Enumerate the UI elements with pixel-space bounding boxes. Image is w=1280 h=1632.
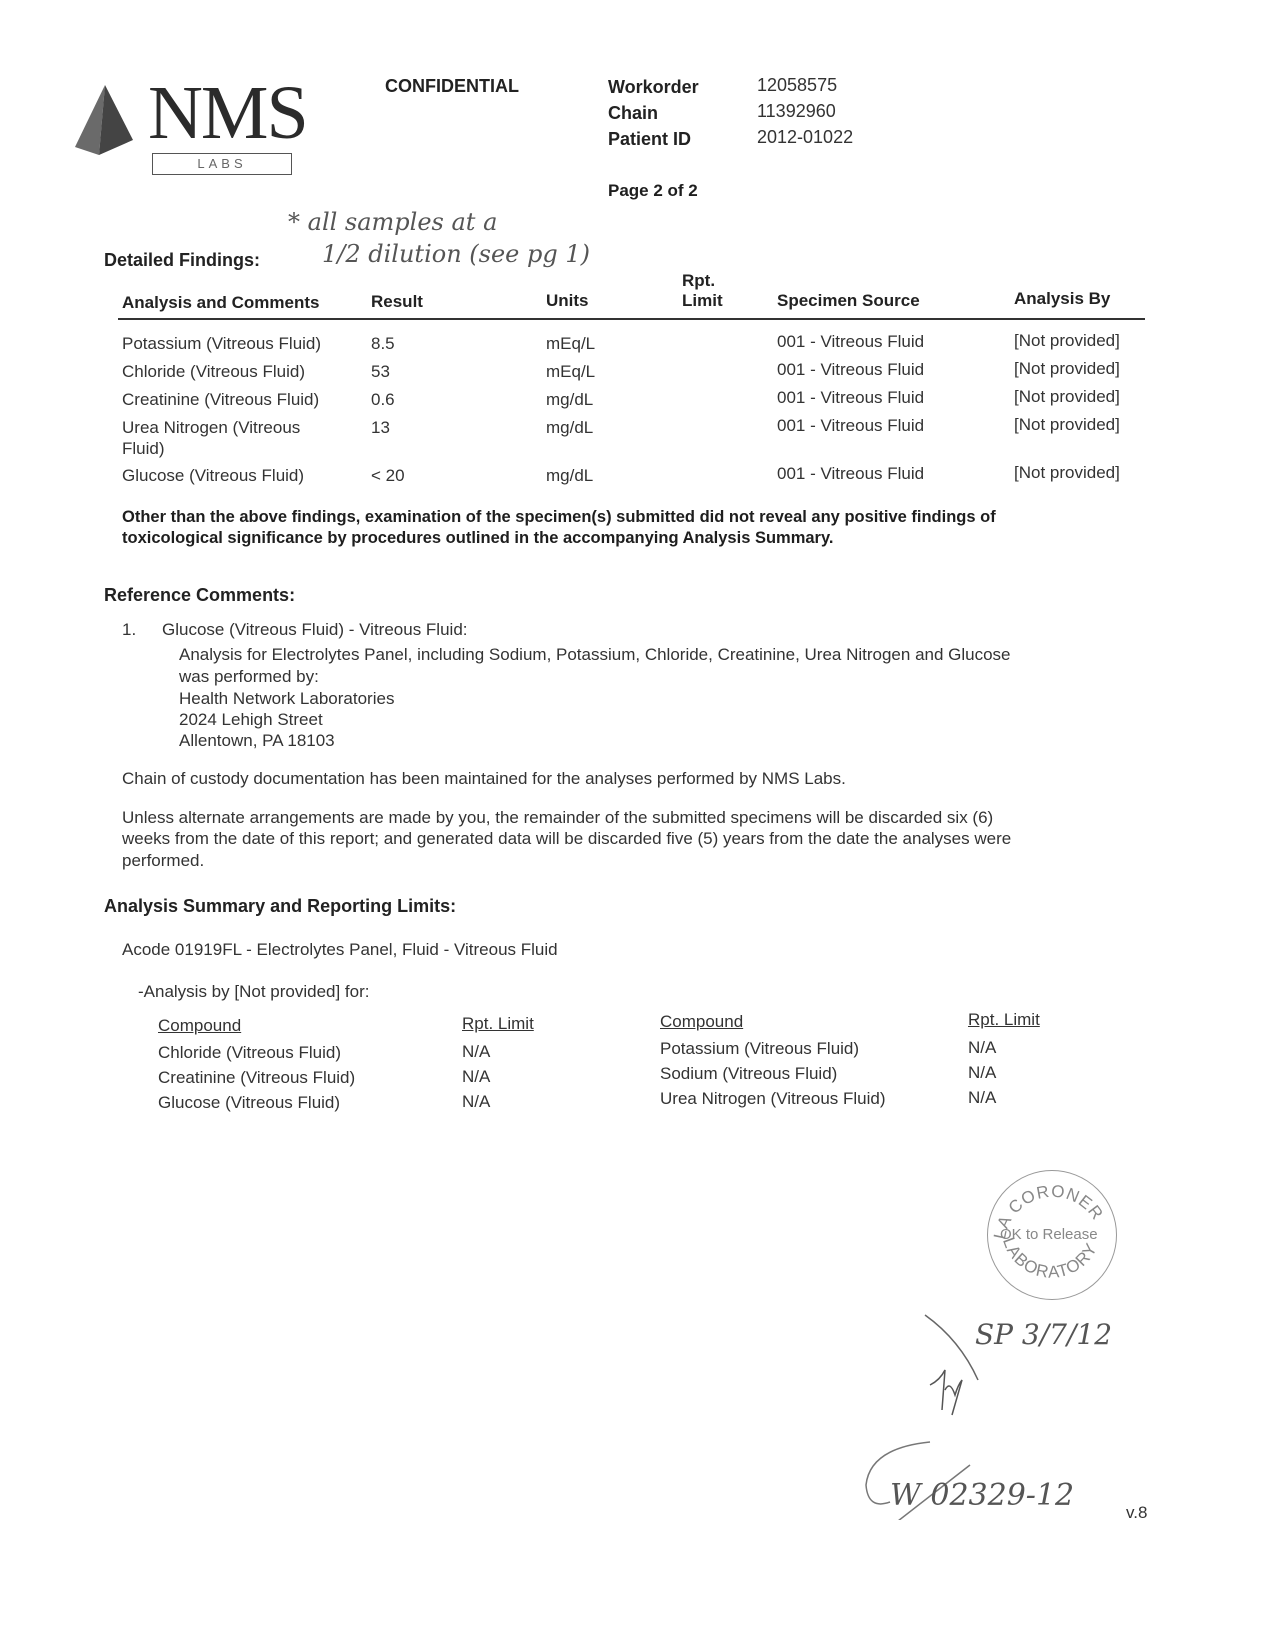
reference-item-number: 1. (122, 620, 136, 640)
analysis-summary-title: Analysis Summary and Reporting Limits: (104, 896, 456, 917)
handwritten-note-line1: * all samples at a (288, 208, 497, 236)
findings-summary-line1: Other than the above findings, examinati… (122, 508, 996, 527)
compound-header-left: Compound (158, 1016, 241, 1036)
finding-units: mg/dL (546, 418, 593, 438)
summary-compound: Potassium (Vitreous Fluid) (660, 1039, 859, 1059)
finding-analysis-by: [Not provided] (1014, 415, 1120, 435)
reference-comments-title: Reference Comments: (104, 585, 295, 606)
finding-analysis-cont: Fluid) (122, 439, 165, 459)
finding-analysis: Potassium (Vitreous Fluid) (122, 334, 321, 354)
finding-source: 001 - Vitreous Fluid (777, 332, 924, 352)
chain-value: 11392960 (757, 101, 836, 122)
reference-line: Analysis for Electrolytes Panel, includi… (179, 645, 1011, 665)
discard-line: weeks from the date of this report; and … (122, 829, 1011, 849)
chain-label: Chain (608, 103, 658, 124)
finding-source: 001 - Vitreous Fluid (777, 388, 924, 408)
detailed-findings-title: Detailed Findings: (104, 250, 260, 271)
acode-line: Acode 01919FL - Electrolytes Panel, Flui… (122, 940, 558, 960)
summary-limit: N/A (462, 1042, 490, 1062)
rpt-limit-header-right: Rpt. Limit (968, 1010, 1040, 1030)
finding-source: 001 - Vitreous Fluid (777, 464, 924, 484)
summary-limit: N/A (968, 1038, 996, 1058)
summary-limit: N/A (462, 1092, 490, 1112)
logo-sub: LABS (152, 153, 292, 175)
table-header-rule (118, 318, 1145, 320)
finding-source: 001 - Vitreous Fluid (777, 360, 924, 380)
page-number: Page 2 of 2 (608, 181, 698, 201)
finding-result: 53 (371, 362, 390, 382)
patient-id-value: 2012-01022 (757, 127, 853, 148)
logo-brand: NMS (148, 70, 307, 157)
finding-result: 0.6 (371, 390, 395, 410)
finding-analysis: Glucose (Vitreous Fluid) (122, 466, 304, 486)
finding-result: 8.5 (371, 334, 395, 354)
col-rpt: Rpt. (682, 271, 715, 291)
reference-item-title: Glucose (Vitreous Fluid) - Vitreous Flui… (162, 620, 468, 640)
signature-scribble (920, 1310, 1010, 1430)
compound-header-right: Compound (660, 1012, 743, 1032)
finding-units: mg/dL (546, 466, 593, 486)
reference-line: was performed by: (179, 667, 319, 687)
stamp-ok-to-release: OK to Release (1000, 1226, 1098, 1243)
discard-line: performed. (122, 851, 204, 871)
summary-compound: Creatinine (Vitreous Fluid) (158, 1068, 355, 1088)
handwritten-case-number: W 02329-12 (890, 1478, 1074, 1513)
finding-units: mEq/L (546, 362, 595, 382)
version-label: v.8 (1126, 1503, 1147, 1523)
finding-analysis-by: [Not provided] (1014, 463, 1120, 483)
finding-analysis: Urea Nitrogen (Vitreous (122, 418, 300, 438)
finding-analysis-by: [Not provided] (1014, 331, 1120, 351)
summary-compound: Sodium (Vitreous Fluid) (660, 1064, 837, 1084)
discard-line: Unless alternate arrangements are made b… (122, 808, 993, 828)
finding-analysis-by: [Not provided] (1014, 359, 1120, 379)
col-analysis: Analysis and Comments (122, 293, 319, 313)
finding-units: mEq/L (546, 334, 595, 354)
col-result: Result (371, 292, 423, 312)
rpt-limit-header-left: Rpt. Limit (462, 1014, 534, 1034)
custody-statement: Chain of custody documentation has been … (122, 769, 846, 789)
reference-line: Allentown, PA 18103 (179, 731, 335, 751)
findings-summary-line2: toxicological significance by procedures… (122, 529, 834, 548)
patient-id-label: Patient ID (608, 129, 691, 150)
summary-limit: N/A (968, 1063, 996, 1083)
summary-limit: N/A (968, 1088, 996, 1108)
handwritten-note-line2: 1/2 dilution (see pg 1) (322, 240, 590, 268)
col-analysis-by: Analysis By (1014, 289, 1110, 309)
finding-analysis: Creatinine (Vitreous Fluid) (122, 390, 319, 410)
workorder-label: Workorder (608, 77, 699, 98)
finding-source: 001 - Vitreous Fluid (777, 416, 924, 436)
col-limit: Limit (682, 291, 723, 311)
col-units: Units (546, 291, 589, 311)
finding-units: mg/dL (546, 390, 593, 410)
summary-compound: Urea Nitrogen (Vitreous Fluid) (660, 1089, 886, 1109)
workorder-value: 12058575 (757, 75, 837, 96)
finding-result: < 20 (371, 466, 405, 486)
finding-analysis: Chloride (Vitreous Fluid) (122, 362, 305, 382)
col-specimen-source: Specimen Source (777, 291, 920, 311)
finding-analysis-by: [Not provided] (1014, 387, 1120, 407)
nms-logo-pyramid-icon (75, 85, 135, 155)
analysis-by-line: -Analysis by [Not provided] for: (138, 982, 369, 1002)
finding-result: 13 (371, 418, 390, 438)
summary-compound: Glucose (Vitreous Fluid) (158, 1093, 340, 1113)
summary-compound: Chloride (Vitreous Fluid) (158, 1043, 341, 1063)
confidential-label: CONFIDENTIAL (385, 76, 519, 97)
reference-line: 2024 Lehigh Street (179, 710, 323, 730)
reference-line: Health Network Laboratories (179, 689, 394, 709)
summary-limit: N/A (462, 1067, 490, 1087)
